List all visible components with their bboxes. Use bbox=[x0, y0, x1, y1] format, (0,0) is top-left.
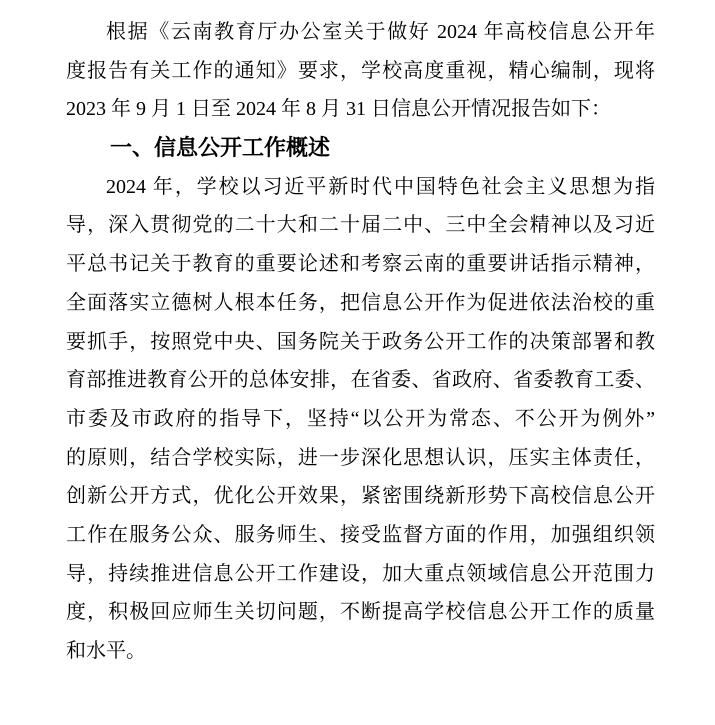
text-line: 全面落实立德树人根本任务，把信息公开作为促进依法治校的重 bbox=[66, 284, 655, 323]
overview-paragraph: 2024 年，学校以习近平新时代中国特色社会主义思想为指 导，深入贯彻党的二十大… bbox=[66, 168, 655, 671]
document-page: 根据《云南教育厅办公室关于做好 2024 年高校信息公开年 度报告有关工作的通知… bbox=[0, 0, 715, 725]
text-line: 平总书记关于教育的重要论述和考察云南的重要讲话指示精神， bbox=[66, 245, 655, 284]
text-line: 度，积极回应师生关切问题，不断提高学校信息公开工作的质量 bbox=[66, 593, 655, 632]
text-line: 的原则，结合学校实际，进一步深化思想认识，压实主体责任， bbox=[66, 439, 655, 478]
text-line: 2024 年，学校以习近平新时代中国特色社会主义思想为指 bbox=[66, 168, 655, 207]
text-line: 市委及市政府的指导下，坚持“以公开为常态、不公开为例外” bbox=[66, 400, 655, 439]
text-line: 根据《云南教育厅办公室关于做好 2024 年高校信息公开年 bbox=[66, 13, 655, 52]
text-line: 导，持续推进信息公开工作建设，加大重点领域信息公开范围力 bbox=[66, 555, 655, 594]
text-line: 导，深入贯彻党的二十大和二十届二中、三中全会精神以及习近 bbox=[66, 206, 655, 245]
section-heading: 一、信息公开工作概述 bbox=[66, 129, 655, 168]
text-line: 工作在服务公众、服务师生、接受监督方面的作用，加强组织领 bbox=[66, 516, 655, 555]
text-line: 和水平。 bbox=[66, 632, 655, 671]
intro-paragraph: 根据《云南教育厅办公室关于做好 2024 年高校信息公开年 度报告有关工作的通知… bbox=[66, 13, 655, 129]
text-line: 创新公开方式，优化公开效果，紧密围绕新形势下高校信息公开 bbox=[66, 477, 655, 516]
text-line: 要抓手，按照党中央、国务院关于政务公开工作的决策部署和教 bbox=[66, 323, 655, 362]
text-line: 育部推进教育公开的总体安排，在省委、省政府、省委教育工委、 bbox=[66, 361, 655, 400]
text-line: 2023 年 9 月 1 日至 2024 年 8 月 31 日信息公开情况报告如… bbox=[66, 90, 655, 129]
document-body: 根据《云南教育厅办公室关于做好 2024 年高校信息公开年 度报告有关工作的通知… bbox=[66, 13, 655, 671]
text-line: 度报告有关工作的通知》要求，学校高度重视，精心编制，现将 bbox=[66, 52, 655, 91]
